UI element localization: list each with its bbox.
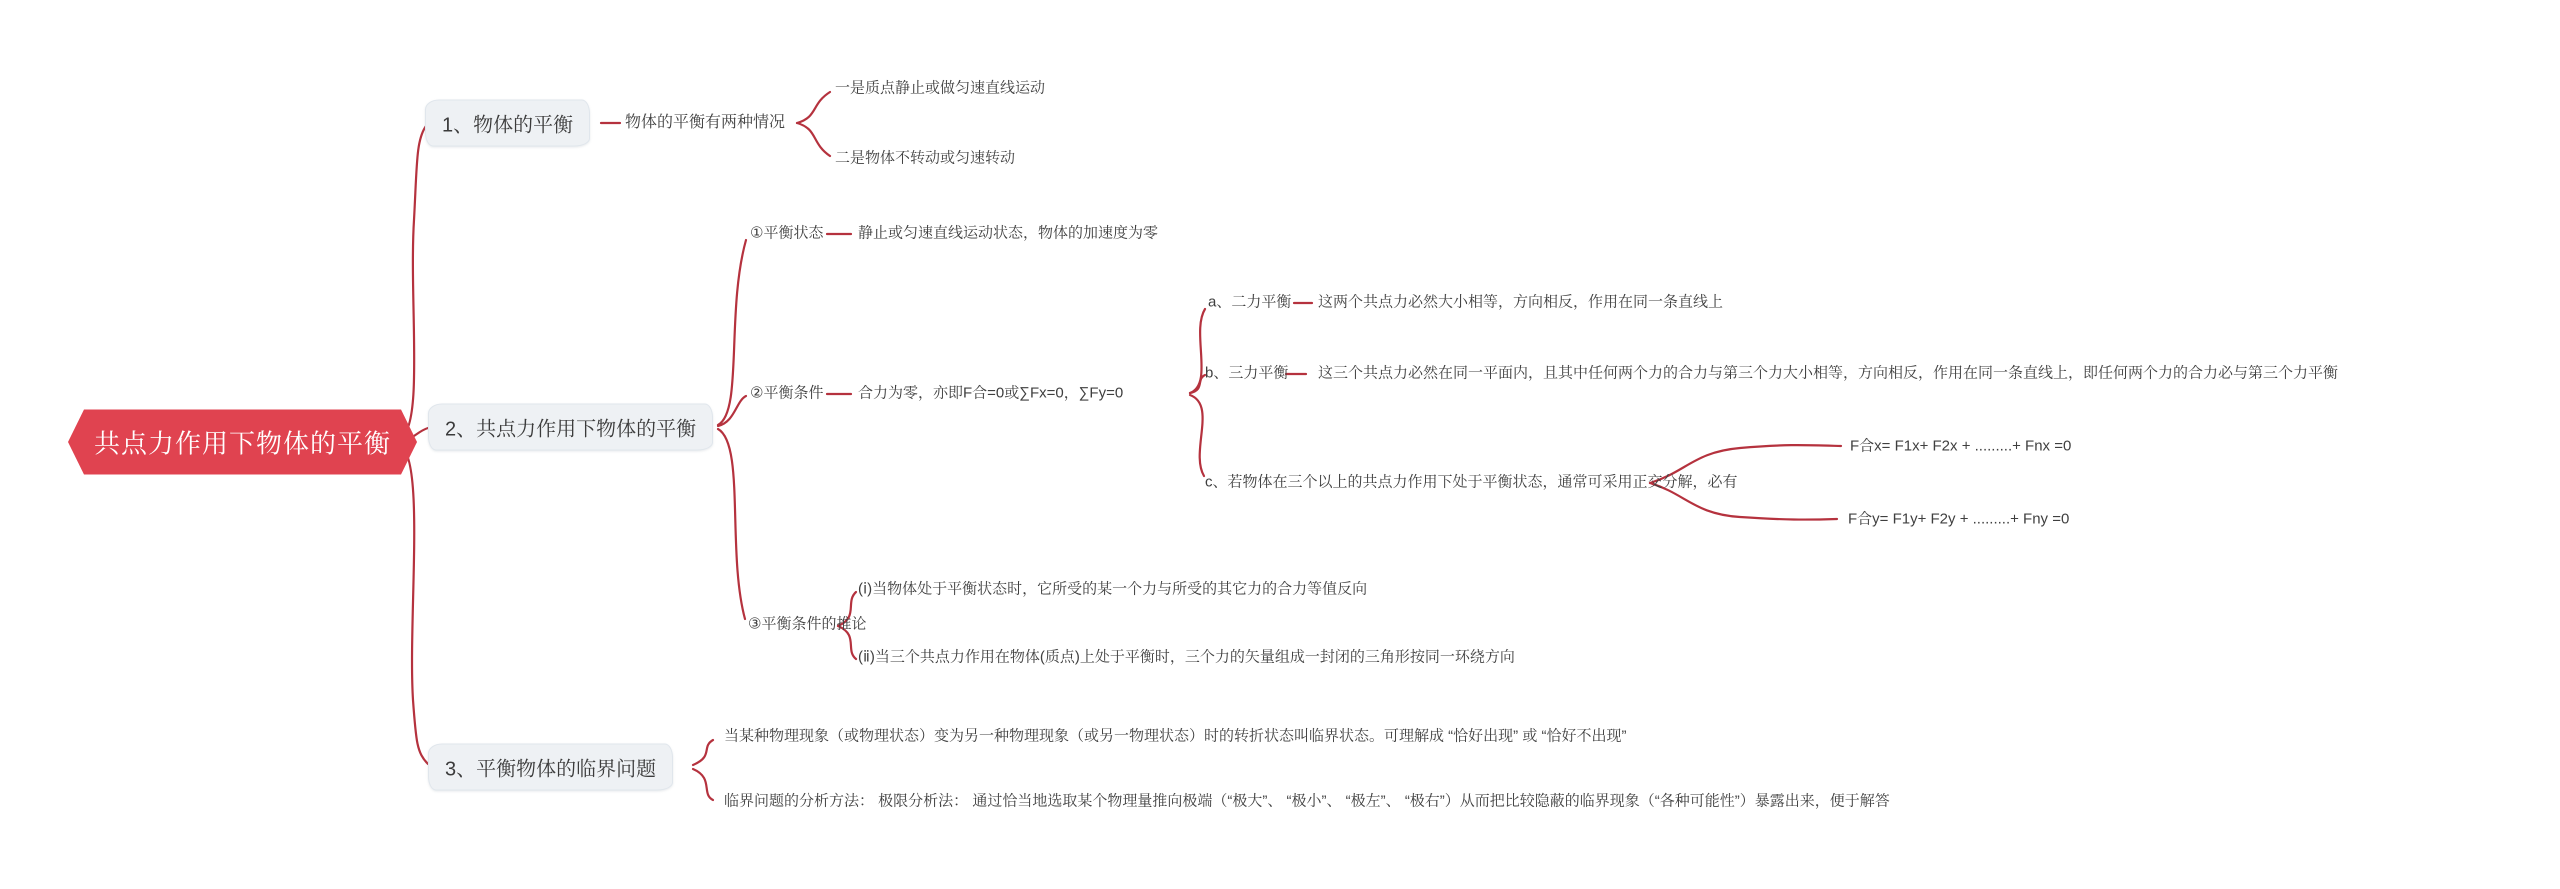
branch3-note1[interactable]: 当某种物理现象（或物理状态）变为另一种物理现象（或另一物理状态）时的转折状态叫临… <box>724 728 1627 747</box>
fork-branch3-note1 <box>693 740 713 765</box>
branch2-topic[interactable]: 2、共点力作用下物体的平衡 <box>428 404 713 451</box>
fork-branch1-case1 <box>797 92 830 123</box>
fork-branch2-item1 <box>718 240 746 425</box>
branch1-case1[interactable]: 一是质点静止或做匀速直线运动 <box>835 80 1045 99</box>
fork-branch1-case2 <box>797 123 830 156</box>
branch1-summary[interactable]: 物体的平衡有两种情况 <box>625 113 785 133</box>
mindmap-canvas: 共点力作用下物体的平衡 1、物体的平衡 物体的平衡有两种情况 一是质点静止或做匀… <box>0 0 2560 889</box>
fork-branch2-item3 <box>718 429 745 619</box>
branch3-topic[interactable]: 3、平衡物体的临界问题 <box>428 744 673 791</box>
branch1-topic[interactable]: 1、物体的平衡 <box>425 100 590 147</box>
item2a-label[interactable]: a、二力平衡 <box>1208 294 1291 313</box>
fork-item2-c <box>1190 395 1204 476</box>
fork-item2-b <box>1190 375 1205 393</box>
branch1-case2[interactable]: 二是物体不转动或匀速转动 <box>835 150 1015 169</box>
item2b-text[interactable]: 这三个共点力必然在同一平面内，且其中任何两个力的合力与第三个力大小相等，方向相反… <box>1318 365 2338 384</box>
item2-label[interactable]: ②平衡条件 <box>750 385 823 404</box>
formula-y[interactable]: F合y= F1y+ F2y + .........+ Fny =0 <box>1848 508 2069 529</box>
fork-branch3-note2 <box>693 769 713 800</box>
fork-item2-a <box>1190 309 1205 393</box>
branch3-note2[interactable]: 临界问题的分析方法： 极限分析法： 通过恰当地选取某个物理量推向极端（“极大”、… <box>724 793 1890 812</box>
item2c-text[interactable]: c、若物体在三个以上的共点力作用下处于平衡状态，通常可采用正交分解，必有 <box>1205 474 1738 493</box>
item2-text[interactable]: 合力为零，亦即F合=0或∑Fx=0，∑Fy=0 <box>858 385 1123 404</box>
item3-inference1[interactable]: (ⅰ)当物体处于平衡状态时，它所受的某一个力与所受的其它力的合力等值反向 <box>858 581 1367 600</box>
item2a-text[interactable]: 这两个共点力必然大小相等，方向相反，作用在同一条直线上 <box>1318 294 1723 313</box>
formula-x[interactable]: F合x= F1x+ F2x + .........+ Fnx =0 <box>1850 435 2071 456</box>
item3-inference2[interactable]: (ⅱ)当三个共点力作用在物体(质点)上处于平衡时，三个力的矢量组成一封闭的三角形… <box>858 649 1515 668</box>
root-topic[interactable]: 共点力作用下物体的平衡 <box>68 410 417 475</box>
item3-label[interactable]: ③平衡条件的推论 <box>748 616 866 635</box>
item1-text[interactable]: 静止或匀速直线运动状态，物体的加速度为零 <box>858 225 1158 244</box>
connector-root-branch1 <box>401 126 426 438</box>
item1-label[interactable]: ①平衡状态 <box>750 225 823 244</box>
connector-root-branch3 <box>401 446 428 764</box>
item2b-label[interactable]: b、三力平衡 <box>1205 365 1288 384</box>
